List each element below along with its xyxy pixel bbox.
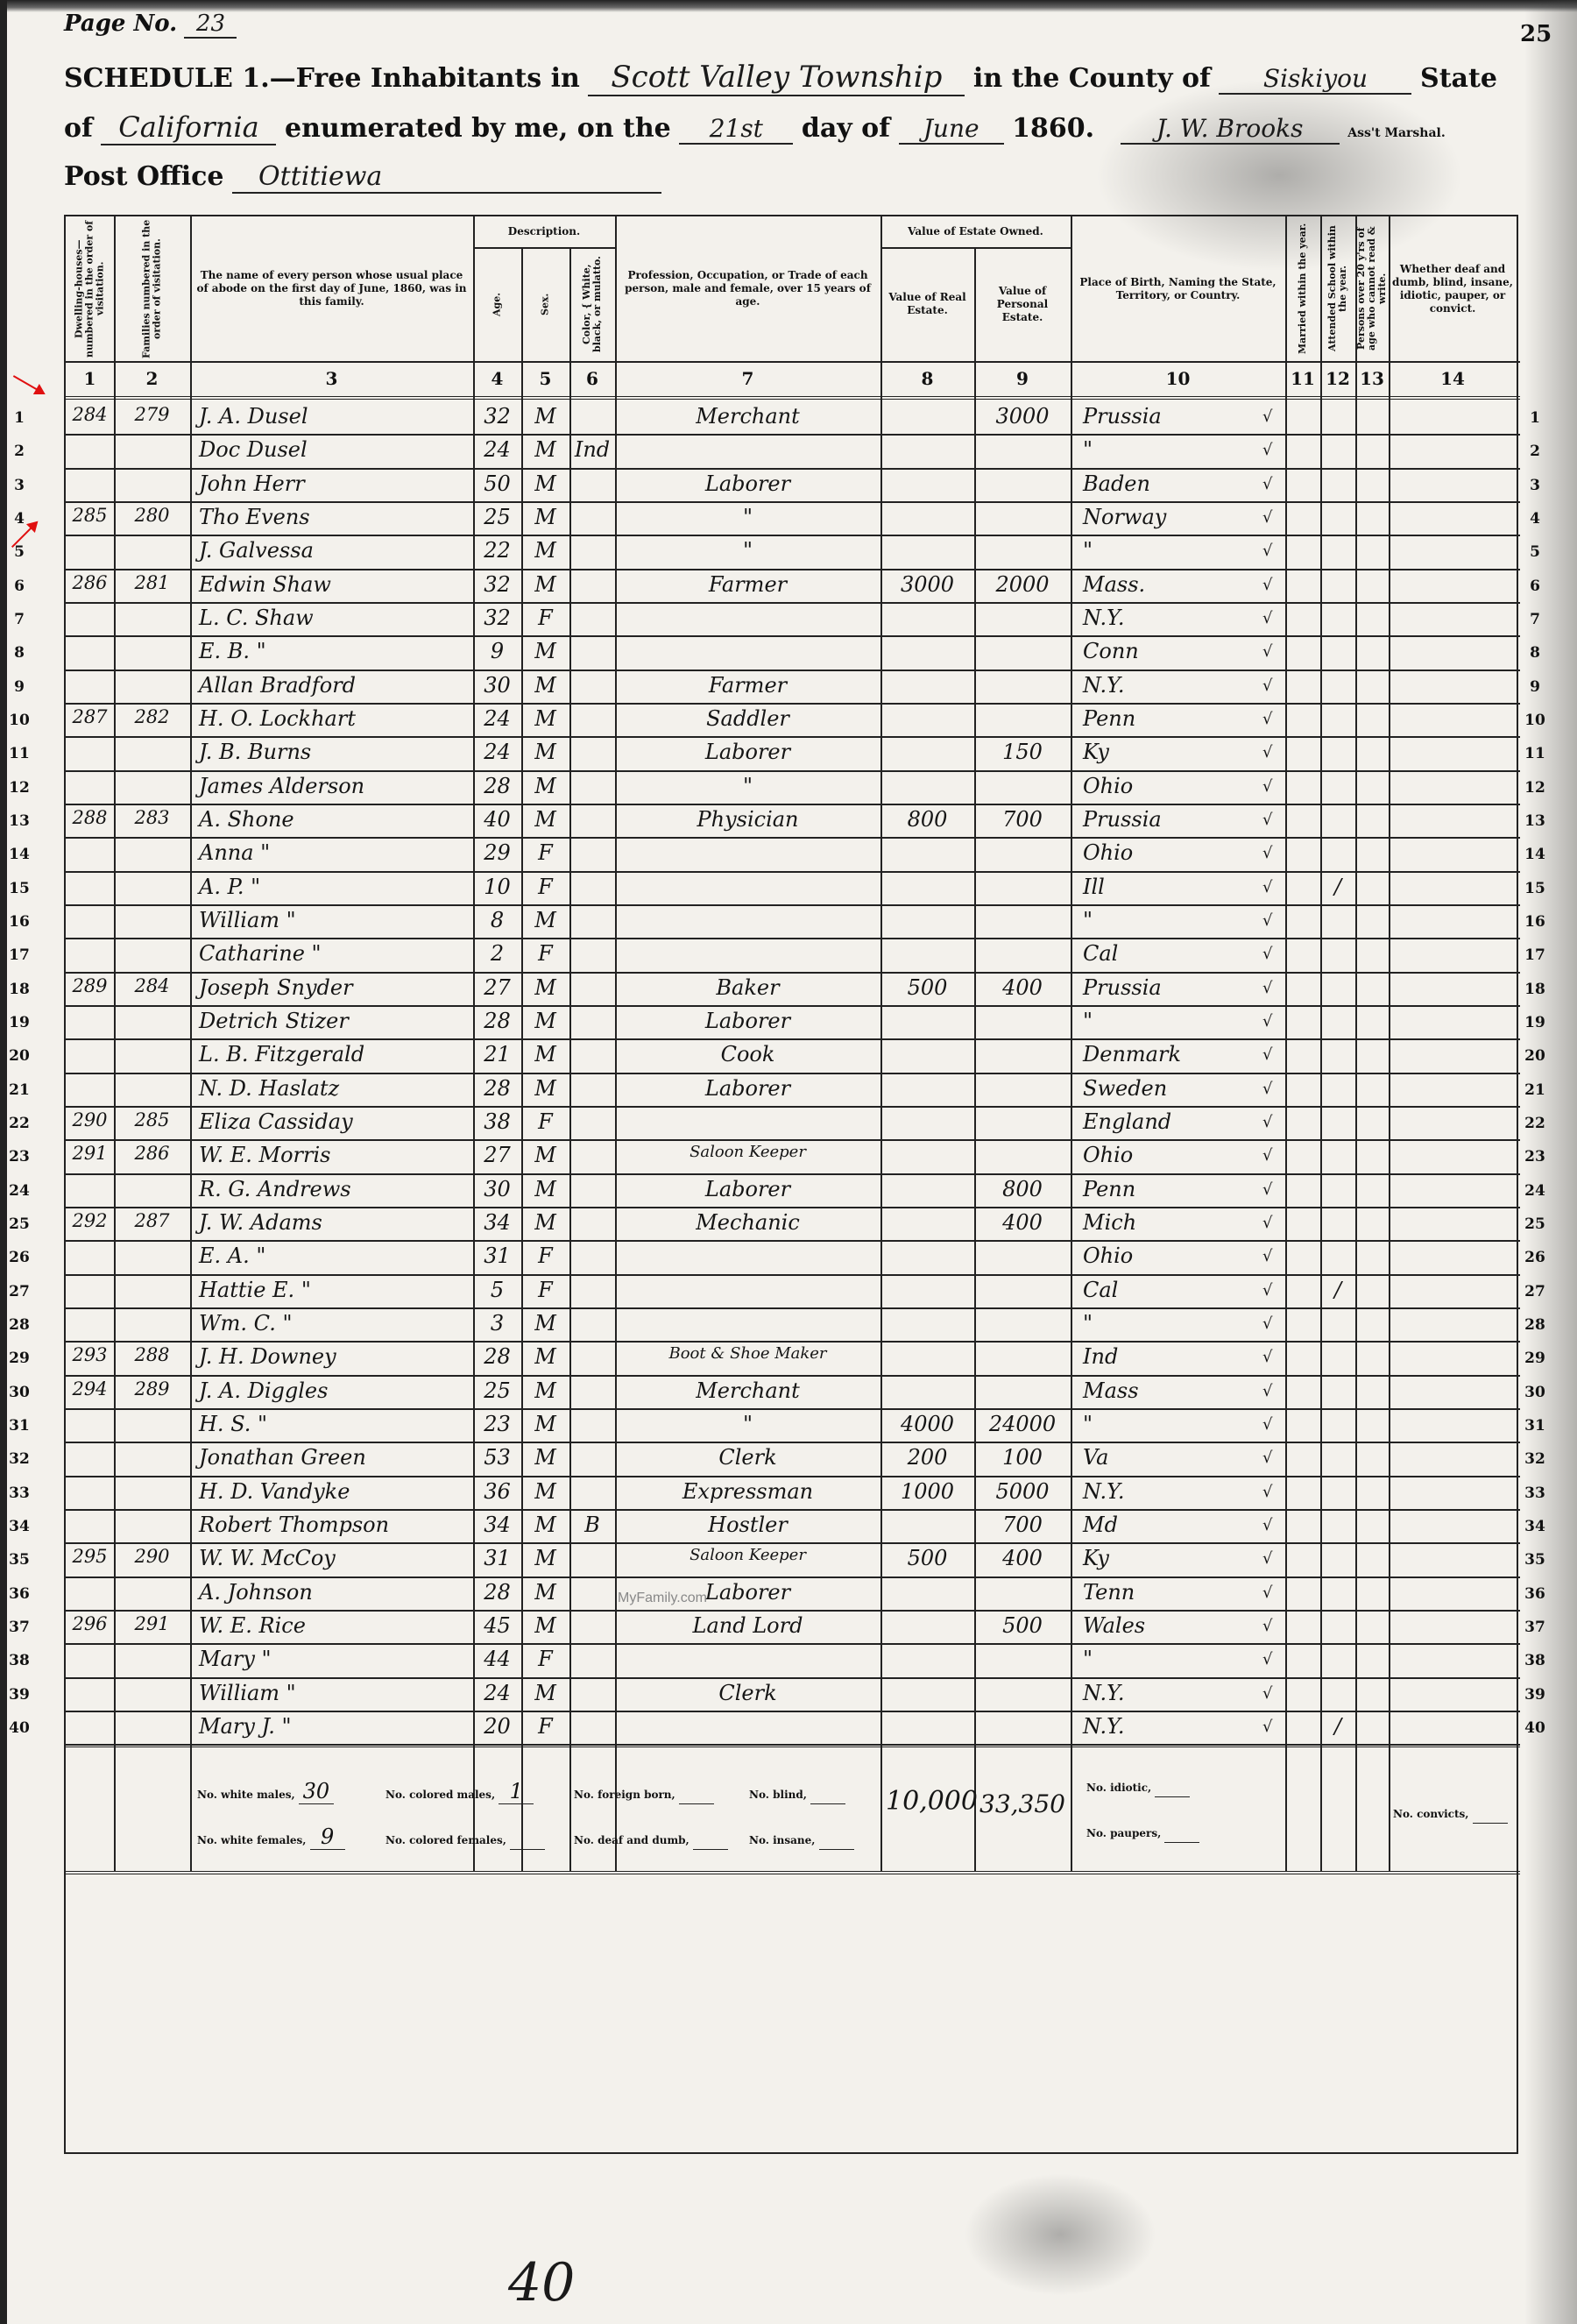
cell-name: Mary " — [194, 1647, 470, 1671]
cell-family: 279 — [117, 404, 187, 425]
cell-age: 53 — [477, 1445, 518, 1470]
cell-personal: 400 — [978, 1546, 1067, 1570]
column-rule — [1285, 216, 1287, 1871]
line-number-right: 7 — [1522, 611, 1548, 628]
line-number-right: 1 — [1522, 409, 1548, 427]
state-label: State — [1420, 63, 1497, 94]
bottom-rule — [66, 1871, 1520, 1874]
tally-check-icon: √ — [1262, 1012, 1272, 1031]
column-number-11: 11 — [1285, 368, 1320, 389]
cell-personal: 100 — [978, 1445, 1067, 1470]
schedule-line: SCHEDULE 1.—Free Inhabitants in Scott Va… — [64, 60, 1497, 96]
line-number-right: 6 — [1522, 577, 1548, 595]
cell-birthplace: Ohio — [1074, 1243, 1282, 1268]
cell-dwelling: 284 — [69, 404, 110, 425]
cell-dwelling: 287 — [69, 706, 110, 727]
cell-name: W. W. McCoy — [194, 1546, 470, 1570]
row-rule — [66, 1038, 1520, 1040]
enumeration-line: of California enumerated by me, on the 2… — [64, 110, 1446, 145]
cell-family: 285 — [117, 1109, 187, 1130]
cell-birthplace: Cal — [1074, 1278, 1282, 1302]
cell-family: 281 — [117, 572, 187, 593]
insane-total: No. insane, — [749, 1824, 854, 1850]
column-header-8: Value of Real Estate. — [880, 247, 974, 361]
cell-name: A. Shone — [194, 807, 470, 832]
line-number-left: 13 — [6, 812, 32, 830]
cell-name: Jonathan Green — [194, 1445, 470, 1470]
cell-school: / — [1324, 1278, 1352, 1302]
cell-birthplace: " — [1074, 437, 1282, 462]
cell-age: 25 — [477, 505, 518, 529]
cell-personal: 500 — [978, 1613, 1067, 1638]
tally-check-icon: √ — [1262, 1449, 1272, 1467]
row-rule — [66, 1509, 1520, 1511]
cell-sex: M — [525, 1546, 566, 1570]
row-rule — [66, 871, 1520, 873]
tally-check-icon: √ — [1262, 1718, 1272, 1736]
marshal-label: Ass't Marshal. — [1347, 126, 1446, 140]
cell-name: J. H. Downey — [194, 1344, 470, 1369]
cell-age: 34 — [477, 1210, 518, 1235]
cell-birthplace: Ind — [1074, 1344, 1282, 1369]
row-rule — [66, 938, 1520, 939]
cell-age: 22 — [477, 538, 518, 563]
line-number-right: 21 — [1522, 1081, 1548, 1099]
tally-check-icon: √ — [1262, 1382, 1272, 1400]
cell-age: 23 — [477, 1412, 518, 1436]
cell-real: 500 — [884, 1546, 971, 1570]
convicts-total-value — [1473, 1798, 1508, 1824]
colored-males-total-value: 1 — [499, 1779, 534, 1804]
cell-dwelling: 288 — [69, 807, 110, 828]
line-number-left: 3 — [6, 477, 32, 494]
cell-name: W. E. Rice — [194, 1613, 470, 1638]
cell-occupation: Saloon Keeper — [619, 1546, 877, 1564]
cell-family: 287 — [117, 1210, 187, 1231]
row-rule — [66, 602, 1520, 604]
line-number-right: 25 — [1522, 1215, 1548, 1233]
paupers-total: No. paupers, — [1086, 1817, 1199, 1843]
state-value: California — [101, 110, 276, 145]
stamp-number: 25 — [1520, 21, 1552, 47]
tally-check-icon: √ — [1262, 1113, 1272, 1131]
cell-birthplace: Ky — [1074, 1546, 1282, 1570]
cell-school: / — [1324, 1714, 1352, 1739]
cell-age: 8 — [477, 908, 518, 932]
tally-check-icon: √ — [1262, 1684, 1272, 1703]
column-rule — [569, 247, 571, 1871]
row-rule — [66, 569, 1520, 570]
cell-occupation: Farmer — [619, 572, 877, 597]
bottom-note: 40 — [508, 2252, 575, 2313]
line-number-left: 32 — [6, 1450, 32, 1468]
cell-name: Allan Bradford — [194, 673, 470, 698]
cell-age: 29 — [477, 840, 518, 865]
cell-occupation: " — [619, 1412, 877, 1436]
cell-age: 25 — [477, 1378, 518, 1403]
cell-occupation: Baker — [619, 975, 877, 1000]
tally-check-icon: √ — [1262, 878, 1272, 896]
column-rule — [190, 216, 192, 1871]
tally-check-icon: √ — [1262, 1415, 1272, 1434]
cell-sex: M — [525, 1681, 566, 1705]
stain — [964, 2173, 1156, 2296]
cell-age: 50 — [477, 471, 518, 496]
row-rule — [66, 1610, 1520, 1612]
cell-age: 30 — [477, 673, 518, 698]
cell-name: J. A. Diggles — [194, 1378, 470, 1403]
line-number-right: 40 — [1522, 1719, 1548, 1737]
line-number-right: 5 — [1522, 543, 1548, 561]
cell-name: William " — [194, 908, 470, 932]
cell-name: Robert Thompson — [194, 1513, 470, 1537]
column-number-10: 10 — [1071, 368, 1285, 389]
cell-name: Edwin Shaw — [194, 572, 470, 597]
line-number-right: 29 — [1522, 1350, 1548, 1367]
row-rule — [66, 1240, 1520, 1242]
cell-birthplace: Ohio — [1074, 1143, 1282, 1167]
column-header-2: Families numbered in the order of visita… — [114, 216, 190, 361]
township-value: Scott Valley Township — [588, 60, 965, 96]
column-header-12: Attended School within the year. — [1320, 216, 1355, 361]
cell-sex: M — [525, 471, 566, 496]
cell-birthplace: Tenn — [1074, 1580, 1282, 1605]
cell-family: 286 — [117, 1143, 187, 1164]
cell-dwelling: 296 — [69, 1613, 110, 1634]
line-number-left: 26 — [6, 1249, 32, 1266]
cell-school: / — [1324, 875, 1352, 899]
cell-occupation: Farmer — [619, 673, 877, 698]
row-rule — [66, 837, 1520, 839]
cell-personal: 700 — [978, 807, 1067, 832]
tally-check-icon: √ — [1262, 542, 1272, 560]
cell-occupation: Clerk — [619, 1681, 877, 1705]
row-rule — [66, 1274, 1520, 1276]
cell-name: E. A. " — [194, 1243, 470, 1268]
idiotic-total: No. idiotic, — [1086, 1772, 1190, 1797]
column-number-14: 14 — [1389, 368, 1517, 389]
cell-name: Joseph Snyder — [194, 975, 470, 1000]
cell-age: 27 — [477, 975, 518, 1000]
cell-age: 28 — [477, 1580, 518, 1605]
row-rule — [66, 1106, 1520, 1108]
blind-total-value — [810, 1779, 845, 1804]
cell-name: E. B. " — [194, 639, 470, 663]
line-number-right: 36 — [1522, 1585, 1548, 1603]
cell-sex: M — [525, 1445, 566, 1470]
tally-check-icon: √ — [1262, 1483, 1272, 1501]
cell-name: H. D. Vandyke — [194, 1479, 470, 1504]
row-rule — [66, 1341, 1520, 1343]
row-rule — [66, 1576, 1520, 1578]
column-rule — [473, 216, 475, 1871]
line-number-right: 38 — [1522, 1652, 1548, 1669]
cell-occupation: " — [619, 505, 877, 529]
cell-sex: M — [525, 1042, 566, 1066]
cell-sex: M — [525, 1311, 566, 1336]
cell-birthplace: N.Y. — [1074, 1479, 1282, 1504]
cell-real: 800 — [884, 807, 971, 832]
row-rule — [66, 501, 1520, 503]
cell-occupation: " — [619, 774, 877, 798]
line-number-left: 24 — [6, 1182, 32, 1200]
cell-family: 283 — [117, 807, 187, 828]
cell-sex: M — [525, 538, 566, 563]
page-label: Page No. — [64, 11, 177, 37]
cell-occupation: Boot & Shoe Maker — [619, 1344, 877, 1363]
cell-family: 284 — [117, 975, 187, 996]
cell-occupation: Saddler — [619, 706, 877, 731]
cell-sex: M — [525, 1344, 566, 1369]
cell-sex: M — [525, 1513, 566, 1537]
cell-occupation: " — [619, 538, 877, 563]
cell-name: R. G. Andrews — [194, 1177, 470, 1201]
column-rule — [1320, 216, 1322, 1871]
tally-check-icon: √ — [1262, 1247, 1272, 1265]
row-rule — [66, 1207, 1520, 1208]
tally-check-icon: √ — [1262, 1045, 1272, 1064]
colored-females-total-value — [510, 1824, 545, 1850]
line-number-left: 18 — [6, 981, 32, 998]
line-number-left: 23 — [6, 1148, 32, 1166]
cell-personal: 5000 — [978, 1479, 1067, 1504]
cell-personal: 800 — [978, 1177, 1067, 1201]
cell-age: 32 — [477, 572, 518, 597]
line-number-right: 27 — [1522, 1283, 1548, 1300]
line-number-right: 8 — [1522, 644, 1548, 662]
cell-sex: M — [525, 706, 566, 731]
cell-sex: M — [525, 1177, 566, 1201]
tally-check-icon: √ — [1262, 1080, 1272, 1098]
colored-males-total-label: No. colored males, — [385, 1789, 499, 1801]
cell-occupation: Physician — [619, 807, 877, 832]
line-number-right: 22 — [1522, 1115, 1548, 1132]
paupers-total-value — [1164, 1817, 1199, 1843]
cell-birthplace: England — [1074, 1109, 1282, 1134]
line-number-right: 33 — [1522, 1484, 1548, 1502]
cell-dwelling: 295 — [69, 1546, 110, 1567]
deaf-dumb-total-value — [693, 1824, 728, 1850]
line-number-right: 10 — [1522, 712, 1548, 729]
row-rule — [66, 468, 1520, 470]
cell-sex: F — [525, 1278, 566, 1302]
cell-sex: F — [525, 1243, 566, 1268]
line-number-left: 25 — [6, 1215, 32, 1233]
cell-name: James Alderson — [194, 774, 470, 798]
line-number-left: 6 — [6, 577, 32, 595]
column-header-14: Whether deaf and dumb, blind, insane, id… — [1389, 216, 1517, 361]
line-number-left: 10 — [6, 712, 32, 729]
row-rule — [66, 1375, 1520, 1377]
white-males-total-label: No. white males, — [197, 1789, 299, 1801]
column-header-13: Persons over 20 y'rs of age who cannot r… — [1355, 216, 1389, 361]
column-header-9: Value of Personal Estate. — [974, 247, 1071, 361]
tally-check-icon: √ — [1262, 642, 1272, 661]
real-estate-total: 10,000 — [886, 1786, 978, 1817]
tally-check-icon: √ — [1262, 979, 1272, 997]
column-header-10: Place of Birth, Naming the State, Territ… — [1071, 216, 1285, 361]
cell-occupation: Merchant — [619, 1378, 877, 1403]
convicts-total-label: No. convicts, — [1393, 1808, 1473, 1820]
tally-check-icon: √ — [1262, 1314, 1272, 1333]
cell-name: Wm. C. " — [194, 1311, 470, 1336]
line-number-right: 18 — [1522, 981, 1548, 998]
line-number-right: 11 — [1522, 745, 1548, 762]
cell-age: 2 — [477, 941, 518, 966]
cell-occupation: Mechanic — [619, 1210, 877, 1235]
row-rule — [66, 972, 1520, 974]
cell-sex: M — [525, 807, 566, 832]
cell-sex: M — [525, 1613, 566, 1638]
cell-birthplace: Ohio — [1074, 840, 1282, 865]
cell-birthplace: Va — [1074, 1445, 1282, 1470]
cell-real: 4000 — [884, 1412, 971, 1436]
tally-check-icon: √ — [1262, 576, 1272, 594]
cell-personal: 3000 — [978, 404, 1067, 429]
watermark: MyFamily.com — [618, 1591, 707, 1606]
cell-age: 24 — [477, 740, 518, 764]
cell-personal: 400 — [978, 975, 1067, 1000]
column-rule — [1355, 216, 1357, 1871]
column-number-2: 2 — [114, 368, 190, 389]
line-number-right: 28 — [1522, 1316, 1548, 1334]
cell-sex: M — [525, 1479, 566, 1504]
cell-sex: M — [525, 1009, 566, 1033]
line-number-right: 34 — [1522, 1518, 1548, 1535]
line-number-left: 16 — [6, 913, 32, 931]
cell-sex: M — [525, 908, 566, 932]
cell-birthplace: Sweden — [1074, 1076, 1282, 1101]
line-number-left: 22 — [6, 1115, 32, 1132]
estate-group-header: Value of Estate Owned. — [880, 216, 1071, 247]
cell-birthplace: Md — [1074, 1513, 1282, 1537]
cell-name: Mary J. " — [194, 1714, 470, 1739]
line-number-left: 4 — [6, 510, 32, 528]
cell-sex: M — [525, 774, 566, 798]
cell-family: 280 — [117, 505, 187, 526]
cell-birthplace: Norway — [1074, 505, 1282, 529]
page-number: 23 — [184, 11, 237, 39]
cell-personal: 400 — [978, 1210, 1067, 1235]
line-number-right: 37 — [1522, 1619, 1548, 1636]
cell-name: Detrich Stizer — [194, 1009, 470, 1033]
schedule-title: SCHEDULE 1.—Free Inhabitants in — [64, 63, 580, 94]
line-number-left: 28 — [6, 1316, 32, 1334]
cell-age: 32 — [477, 404, 518, 429]
cell-age: 32 — [477, 606, 518, 630]
cell-sex: F — [525, 1109, 566, 1134]
column-number-6: 6 — [569, 368, 615, 389]
line-number-right: 12 — [1522, 779, 1548, 797]
cell-age: 28 — [477, 774, 518, 798]
tally-check-icon: √ — [1262, 1549, 1272, 1568]
cell-occupation: Expressman — [619, 1479, 877, 1504]
tally-check-icon: √ — [1262, 407, 1272, 426]
row-rule — [66, 1307, 1520, 1309]
column-number-7: 7 — [615, 368, 880, 389]
cell-dwelling: 285 — [69, 505, 110, 526]
personal-estate-total: 33,350 — [979, 1789, 1065, 1818]
cell-sex: M — [525, 1412, 566, 1436]
cell-birthplace: " — [1074, 1009, 1282, 1033]
column-header-7: Profession, Occupation, or Trade of each… — [615, 216, 880, 361]
cell-age: 28 — [477, 1076, 518, 1101]
cell-age: 24 — [477, 1681, 518, 1705]
white-females-total: No. white females, 9 — [197, 1824, 345, 1850]
marshal-value: J. W. Brooks — [1121, 114, 1340, 145]
cell-occupation: Land Lord — [619, 1613, 877, 1638]
cell-dwelling: 294 — [69, 1378, 110, 1399]
line-number-right: 15 — [1522, 880, 1548, 897]
column-number-12: 12 — [1320, 368, 1355, 389]
line-number-right: 17 — [1522, 946, 1548, 964]
tally-check-icon: √ — [1262, 475, 1272, 493]
line-number-left: 34 — [6, 1518, 32, 1535]
row-rule — [66, 1173, 1520, 1175]
idiotic-total-value — [1155, 1772, 1190, 1797]
cell-age: 28 — [477, 1344, 518, 1369]
column-number-1: 1 — [66, 368, 114, 389]
cell-birthplace: Wales — [1074, 1613, 1282, 1638]
line-number-right: 31 — [1522, 1417, 1548, 1435]
cell-birthplace: Penn — [1074, 1177, 1282, 1201]
cell-name: John Herr — [194, 471, 470, 496]
cell-dwelling: 290 — [69, 1109, 110, 1130]
cell-sex: M — [525, 572, 566, 597]
blind-total-label: No. blind, — [749, 1789, 810, 1801]
cell-name: Hattie E. " — [194, 1278, 470, 1302]
blind-total: No. blind, — [749, 1779, 845, 1804]
line-number-left: 5 — [6, 543, 32, 561]
line-number-left: 37 — [6, 1619, 32, 1636]
cell-occupation: Laborer — [619, 1076, 877, 1101]
row-rule — [66, 1005, 1520, 1007]
cell-name: L. B. Fitzgerald — [194, 1042, 470, 1066]
cell-dwelling: 289 — [69, 975, 110, 996]
cell-age: 24 — [477, 706, 518, 731]
line-number-left: 35 — [6, 1551, 32, 1569]
row-rule — [66, 703, 1520, 705]
enumerated-label: enumerated by me, on the — [285, 113, 671, 144]
column-header-6: Color, { White, black, or mulatto. — [569, 247, 615, 361]
cell-sex: M — [525, 673, 566, 698]
line-number-left: 8 — [6, 644, 32, 662]
cell-birthplace: N.Y. — [1074, 1714, 1282, 1739]
row-rule — [66, 635, 1520, 637]
county-value: Siskiyou — [1219, 64, 1411, 95]
row-rule — [66, 670, 1520, 671]
cell-occupation: Laborer — [619, 740, 877, 764]
column-header-1: Dwelling-houses—numbered in the order of… — [66, 216, 114, 361]
cell-age: 44 — [477, 1647, 518, 1671]
cell-dwelling: 293 — [69, 1344, 110, 1365]
header-rule — [66, 396, 1520, 400]
day-value: 21st — [679, 114, 793, 145]
cell-sex: F — [525, 875, 566, 899]
cell-age: 40 — [477, 807, 518, 832]
tally-check-icon: √ — [1262, 1348, 1272, 1366]
cell-family: 282 — [117, 706, 187, 727]
row-rule — [66, 1442, 1520, 1443]
tally-check-icon: √ — [1262, 777, 1272, 796]
tally-check-icon: √ — [1262, 1180, 1272, 1199]
row-rule — [66, 1408, 1520, 1410]
line-number-left: 20 — [6, 1047, 32, 1065]
cell-age: 30 — [477, 1177, 518, 1201]
white-males-total: No. white males, 30 — [197, 1779, 334, 1804]
cell-birthplace: " — [1074, 908, 1282, 932]
cell-name: Eliza Cassiday — [194, 1109, 470, 1134]
